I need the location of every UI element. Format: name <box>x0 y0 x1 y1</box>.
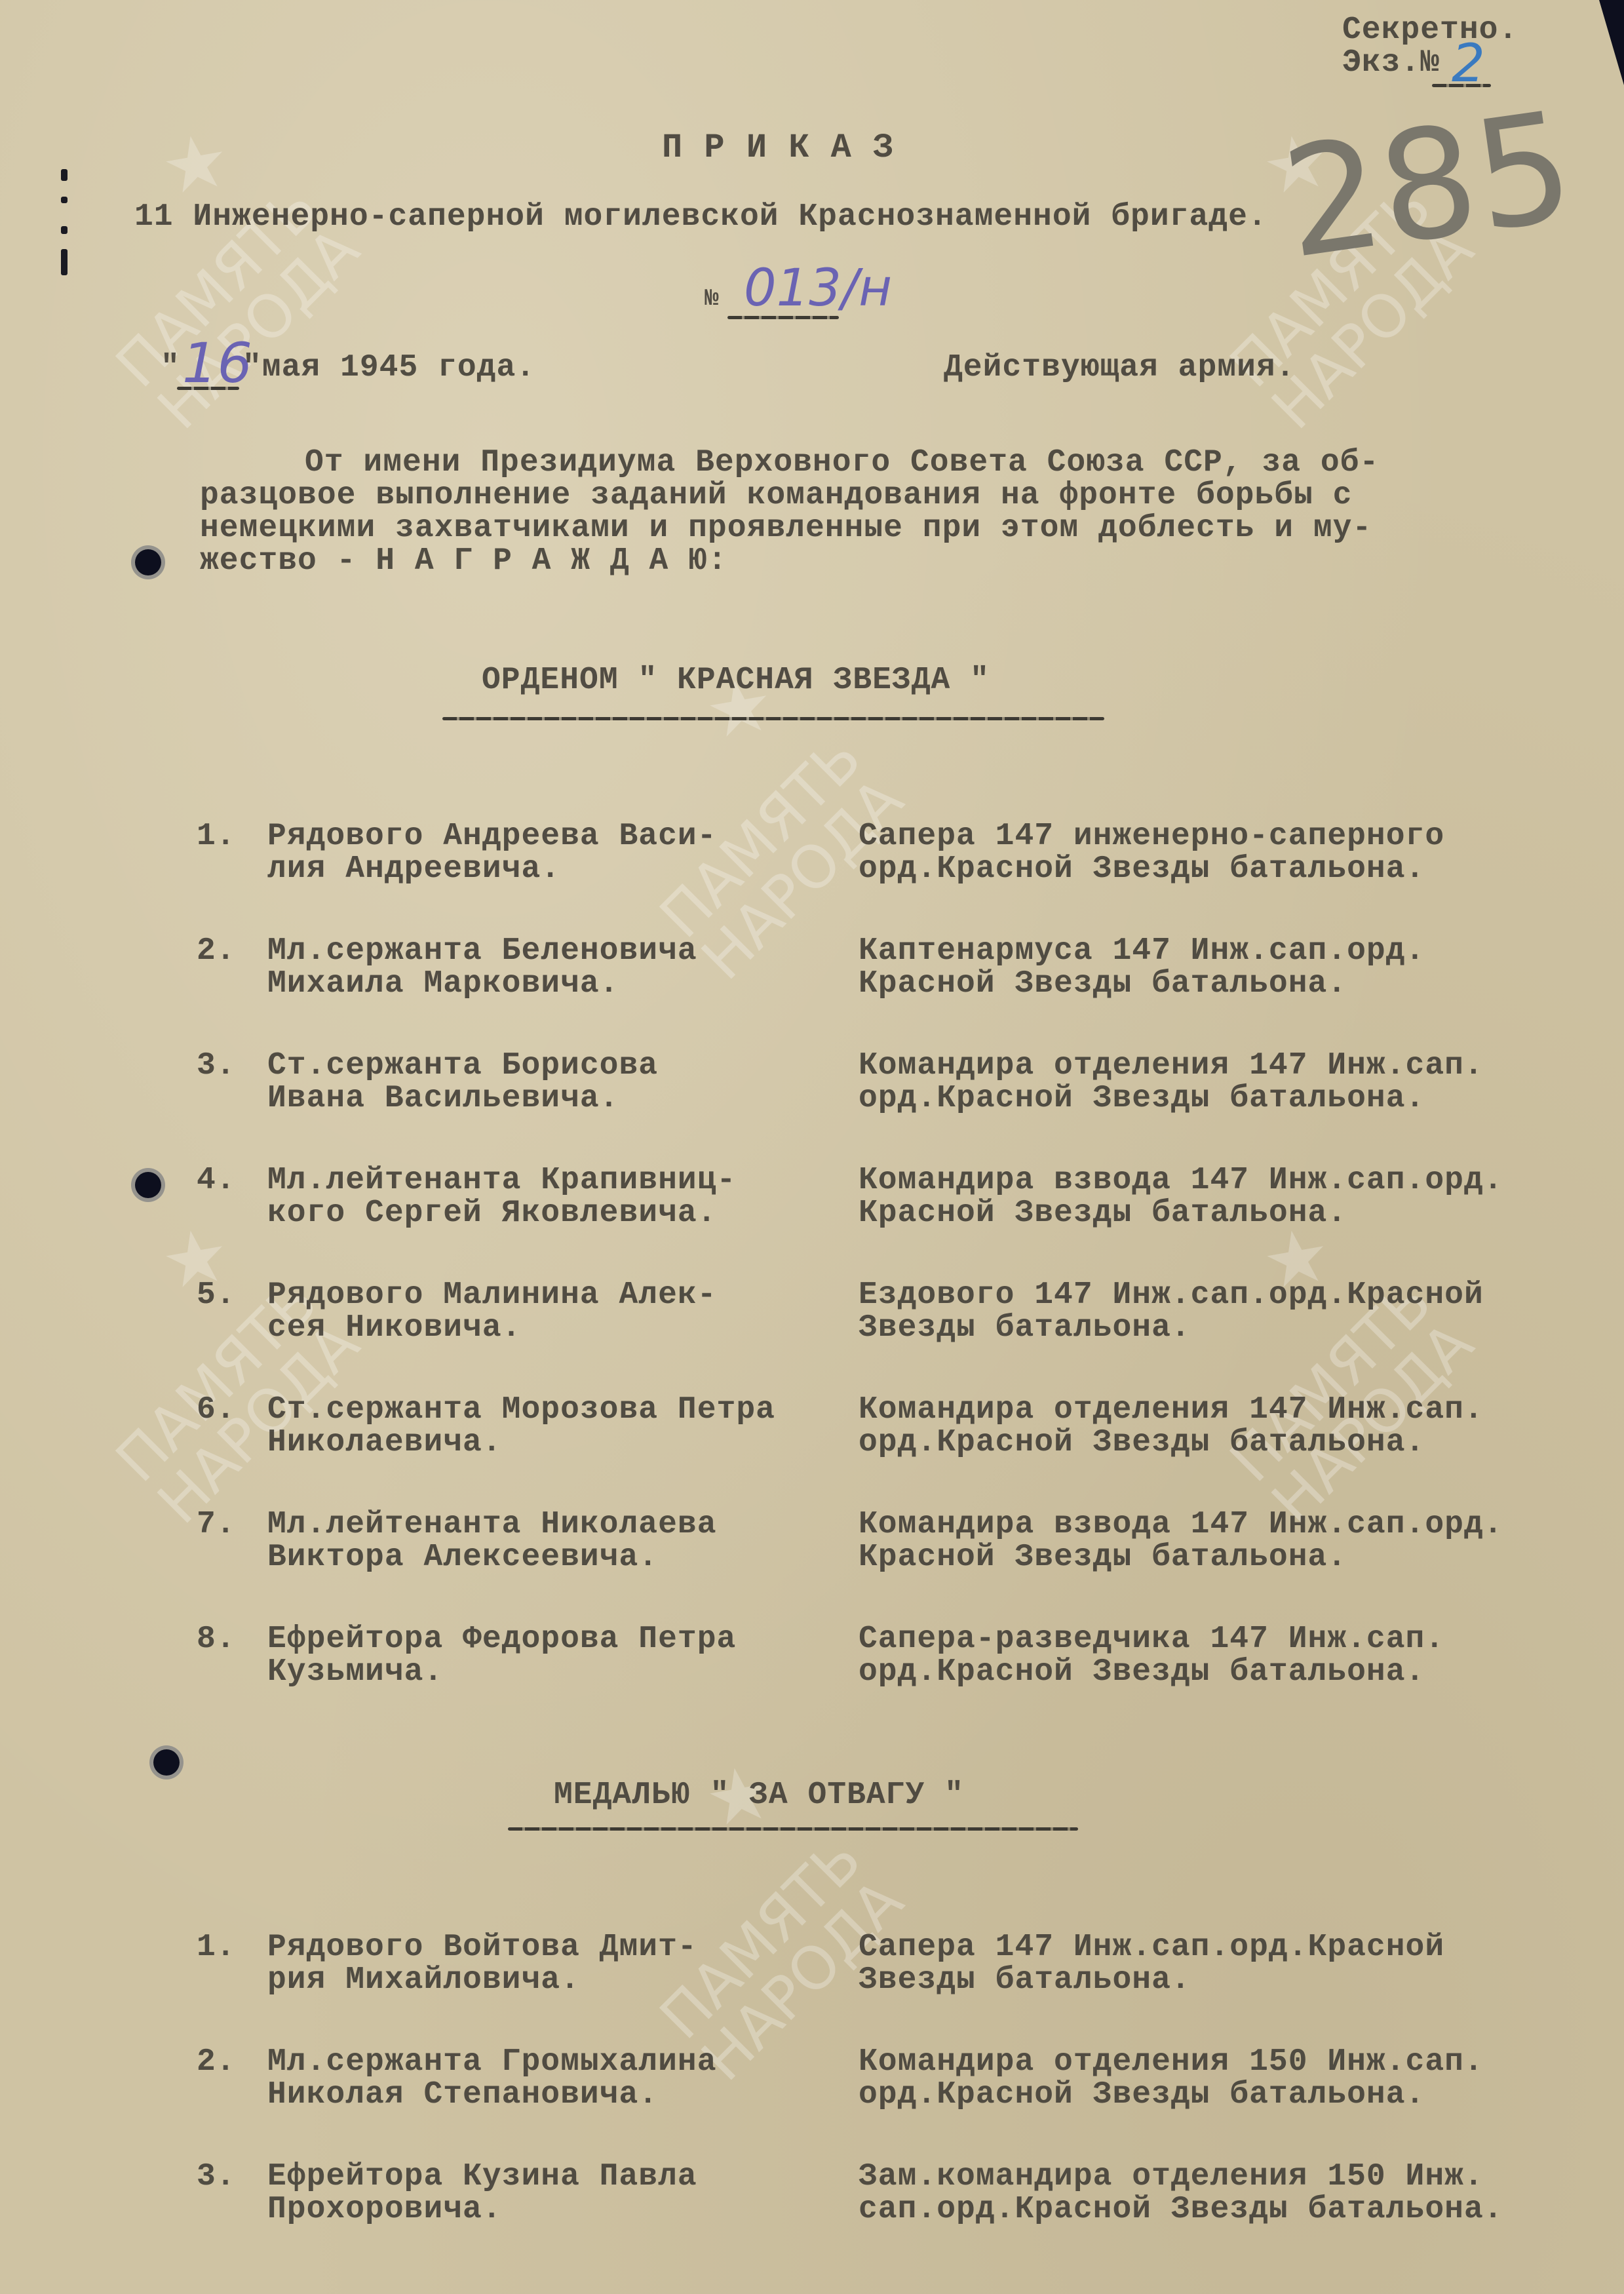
recipient-name: Ст.сержанта Борисова <box>267 1049 658 1083</box>
recipient-name: Рядового Малинина Алек- <box>267 1278 717 1312</box>
recipient-position: Сапера-разведчика 147 Инж.сап. <box>859 1622 1444 1656</box>
recipient-position: Командира взвода 147 Инж.сап.орд. <box>859 1507 1503 1542</box>
order-number-prefix: № <box>705 282 720 316</box>
recipient-name: Ст.сержанта Морозова Петра <box>267 1393 775 1427</box>
staple-mark <box>61 197 68 203</box>
recipient-position: Зам.командира отделения 150 Инж. <box>859 2160 1484 2194</box>
recipient-position: Командира взвода 147 Инж.сап.орд. <box>859 1163 1503 1197</box>
preamble-line: разцовое выполнение заданий командования… <box>200 478 1352 513</box>
entry-number: 6. <box>197 1393 236 1427</box>
award-heading-underline <box>508 1827 1078 1831</box>
document-title: П Р И К А З <box>662 131 894 165</box>
recipient-name: Мл.сержанта Беленовича <box>267 934 697 968</box>
recipient-name: Рядового Войтова Дмит- <box>267 1930 697 1964</box>
entry-number: 1. <box>197 819 236 853</box>
recipient-name: Ефрейтора Федорова Петра <box>267 1622 736 1656</box>
recipient-name: Мл.сержанта Громыхалина <box>267 2045 717 2079</box>
entry-number: 4. <box>197 1163 236 1197</box>
document-page: ПАМЯТЬ НАРОДА ПАМЯТЬ НАРОДА ПАМЯТЬ НАРОД… <box>0 0 1624 2294</box>
punch-hole-icon <box>131 1168 165 1202</box>
entry-number: 8. <box>197 1622 236 1656</box>
punch-hole-icon <box>131 545 165 579</box>
recipient-position: Звезды батальона. <box>859 1311 1191 1345</box>
award-heading-bravery-medal: МЕДАЛЬЮ " ЗА ОТВАГУ " <box>554 1778 964 1812</box>
copy-number-label: Экз.№ <box>1342 46 1440 80</box>
recipient-position: орд.Красной Звезды батальона. <box>859 1081 1425 1116</box>
recipient-position: орд.Красной Звезды батальона. <box>859 1426 1425 1460</box>
recipient-position: Красной Звезды батальона. <box>859 1540 1347 1574</box>
punch-hole-icon <box>149 1745 184 1779</box>
preamble-line: жество - Н А Г Р А Ж Д А Ю: <box>200 544 727 578</box>
recipient-name: Мл.лейтенанта Николаева <box>267 1507 717 1542</box>
recipient-name: Михаила Марковича. <box>267 967 619 1001</box>
recipient-name: Прохоровича. <box>267 2192 502 2226</box>
recipient-position: Красной Звезды батальона. <box>859 1196 1347 1230</box>
entry-number: 1. <box>197 1930 236 1964</box>
entry-number: 2. <box>197 2045 236 2079</box>
recipient-name: Мл.лейтенанта Крапивниц- <box>267 1163 736 1197</box>
recipient-position: Командира отделения 147 Инж.сап. <box>859 1049 1484 1083</box>
date-quote-open: " <box>161 351 180 385</box>
recipient-position: Звезды батальона. <box>859 1963 1191 1997</box>
archive-mark: 285 <box>1274 79 1583 292</box>
award-heading-underline <box>442 717 1104 720</box>
recipient-position: Командира отделения 147 Инж.сап. <box>859 1393 1484 1427</box>
recipient-name: Ефрейтора Кузина Павла <box>267 2160 697 2194</box>
entry-number: 3. <box>197 2160 236 2194</box>
recipient-name: Рядового Андреева Васи- <box>267 819 717 853</box>
entry-number: 7. <box>197 1507 236 1542</box>
preamble-line: От имени Президиума Верховного Совета Со… <box>305 446 1379 480</box>
copy-number-underline <box>1432 84 1491 87</box>
unit-name: 11 Инженерно-саперной могилевской Красно… <box>134 200 1267 234</box>
staple-mark <box>61 169 68 181</box>
recipient-position: Красной Звезды батальона. <box>859 967 1347 1001</box>
recipient-name: Ивана Васильевича. <box>267 1081 619 1116</box>
recipient-position: орд.Красной Звезды батальона. <box>859 2078 1425 2112</box>
entry-number: 5. <box>197 1278 236 1312</box>
recipient-position: сап.орд.Красной Звезды батальона. <box>859 2192 1503 2226</box>
recipient-position: Командира отделения 150 Инж.сап. <box>859 2045 1484 2079</box>
staple-mark <box>61 226 68 234</box>
location: Действующая армия. <box>944 351 1295 385</box>
order-number-underline <box>727 316 839 319</box>
recipient-name: Виктора Алексеевича. <box>267 1540 658 1574</box>
order-number: 013/н <box>744 259 892 318</box>
entry-number: 3. <box>197 1049 236 1083</box>
date-text: "мая 1945 года. <box>242 351 535 385</box>
award-heading-red-star: ОРДЕНОМ " КРАСНАЯ ЗВЕЗДА " <box>482 663 990 697</box>
entry-number: 2. <box>197 934 236 968</box>
recipient-name: Николая Степановича. <box>267 2078 658 2112</box>
recipient-name: лия Андреевича. <box>267 852 560 886</box>
recipient-name: Кузьмича. <box>267 1655 443 1689</box>
recipient-name: кого Сергей Яковлевича. <box>267 1196 717 1230</box>
recipient-name: сея Никовича. <box>267 1311 521 1345</box>
recipient-position: Каптенармуса 147 Инж.сап.орд. <box>859 934 1425 968</box>
classification-stamp: Секретно. <box>1342 13 1518 47</box>
recipient-position: Сапера 147 Инж.сап.орд.Красной <box>859 1930 1444 1964</box>
date-day-underline <box>177 387 239 390</box>
date-day: 16 <box>182 331 252 395</box>
recipient-name: Николаевича. <box>267 1426 502 1460</box>
staple-mark <box>61 249 68 275</box>
recipient-position: орд.Красной Звезды батальона. <box>859 852 1425 886</box>
recipient-name: рия Михайловича. <box>267 1963 580 1997</box>
preamble-line: немецкими захватчиками и проявленные при… <box>200 511 1372 545</box>
recipient-position: Ездового 147 Инж.сап.орд.Красной <box>859 1278 1484 1312</box>
recipient-position: Сапера 147 инженерно-саперного <box>859 819 1444 853</box>
recipient-position: орд.Красной Звезды батальона. <box>859 1655 1425 1689</box>
